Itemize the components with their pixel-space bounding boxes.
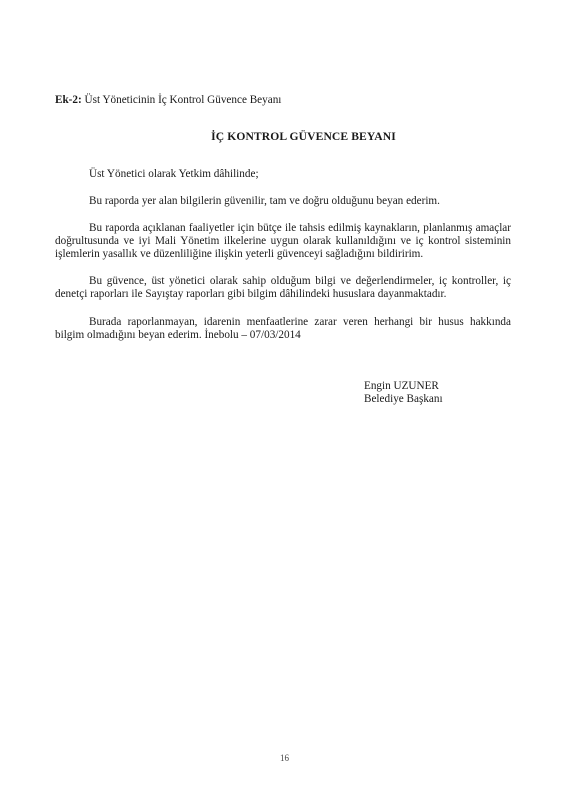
signatory-role: Belediye Başkanı xyxy=(364,393,443,406)
signatory-name: Engin UZUNER xyxy=(364,380,443,393)
paragraph-basis: Bu güvence, üst yönetici olarak sahip ol… xyxy=(55,275,511,301)
signature-block: Engin UZUNER Belediye Başkanı xyxy=(364,380,443,406)
paragraph-reliability: Bu raporda yer alan bilgilerin güvenilir… xyxy=(55,195,511,208)
annex-heading: Ek-2: Üst Yöneticinin İç Kontrol Güvence… xyxy=(55,94,281,107)
page-number: 16 xyxy=(0,752,565,765)
annex-title: Üst Yöneticinin İç Kontrol Güvence Beyan… xyxy=(82,94,282,106)
annex-label: Ek-2: xyxy=(55,94,82,106)
paragraph-declaration: Burada raporlanmayan, idarenin menfaatle… xyxy=(55,316,511,342)
paragraph-authority: Üst Yönetici olarak Yetkim dâhilinde; xyxy=(55,168,511,181)
page-title: İÇ KONTROL GÜVENCE BEYANI xyxy=(0,130,565,143)
paragraph-resources: Bu raporda açıklanan faaliyetler için bü… xyxy=(55,222,511,261)
